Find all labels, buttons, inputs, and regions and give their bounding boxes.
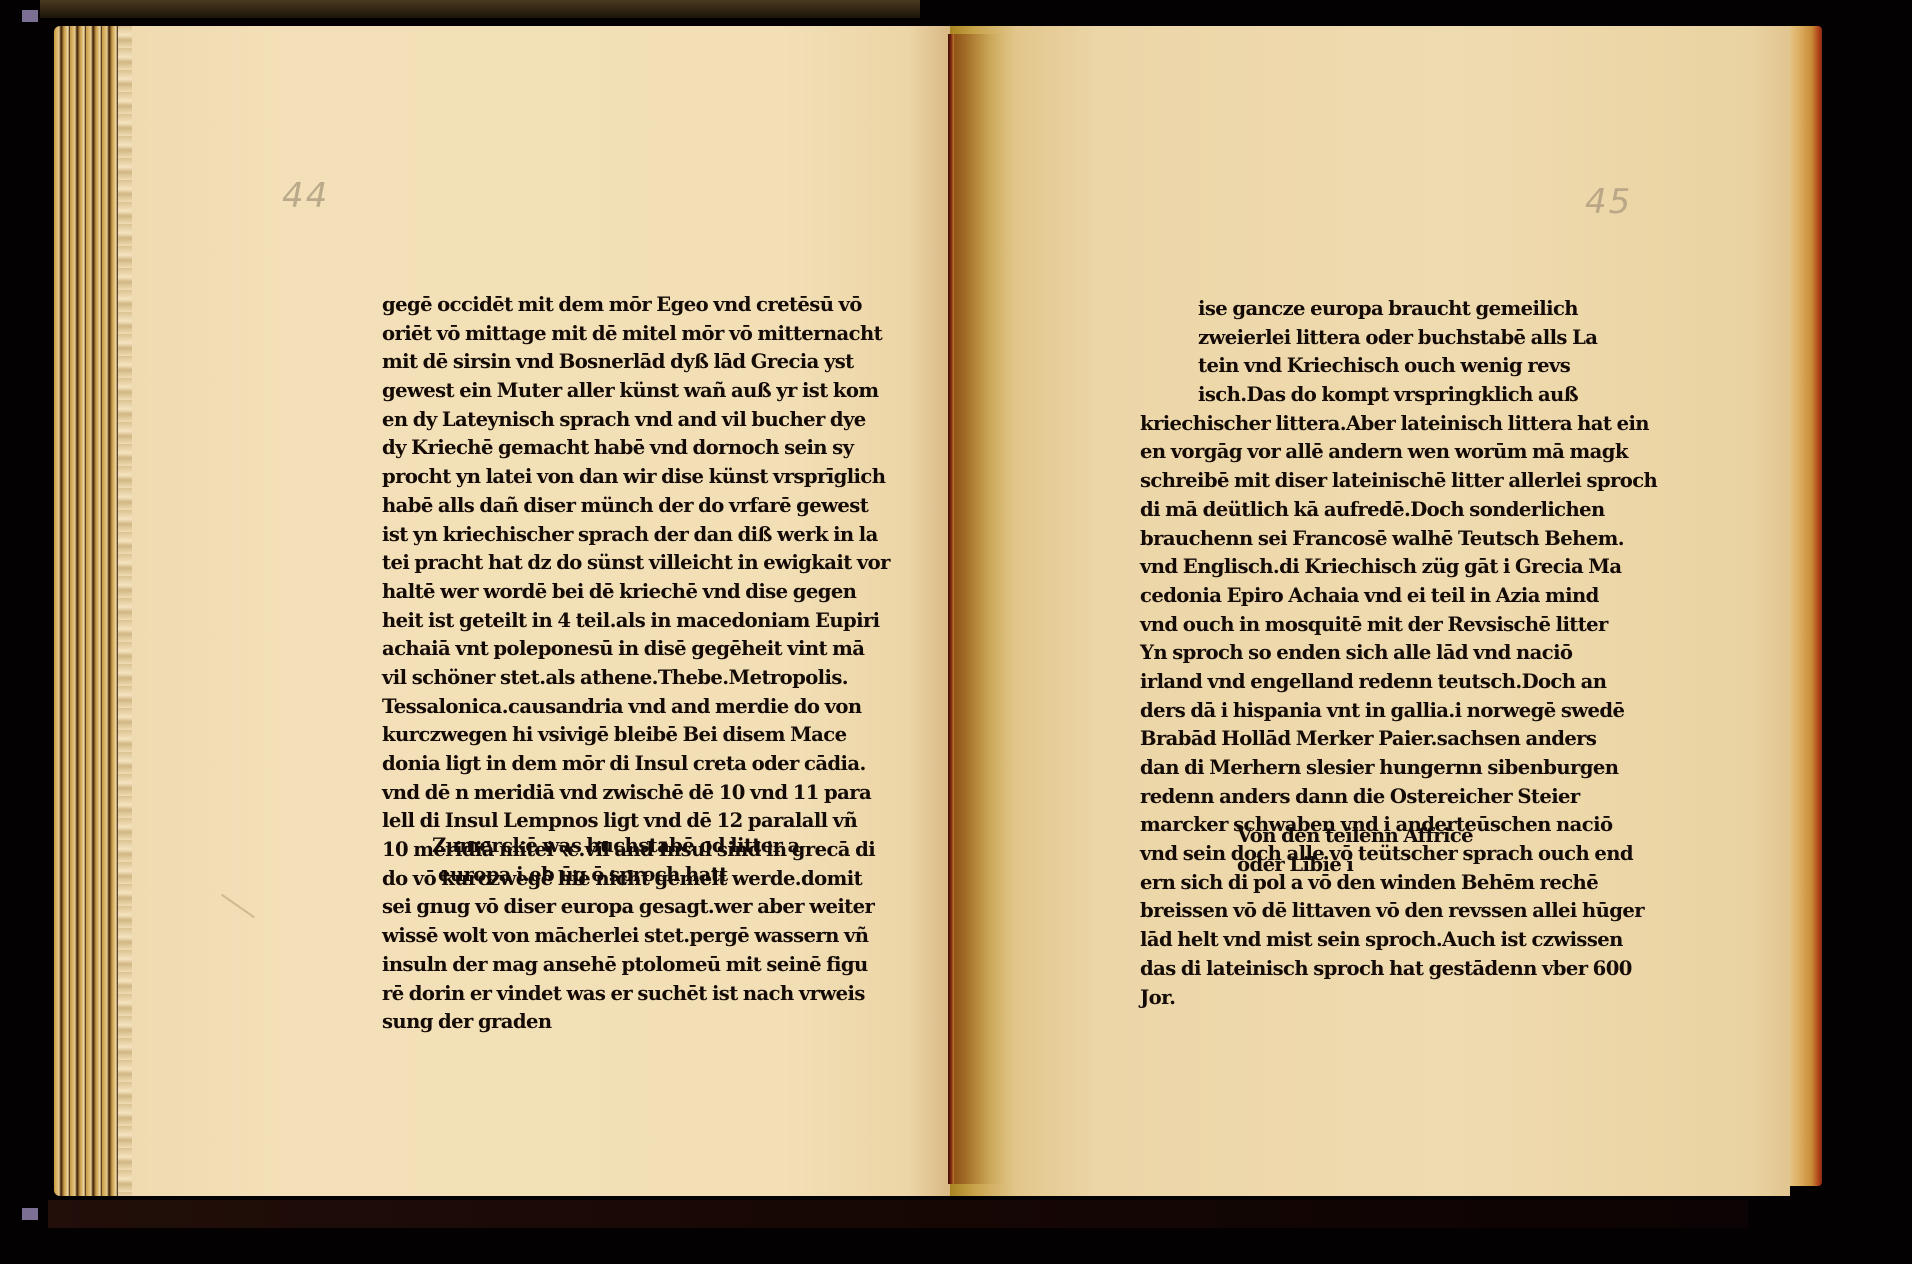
text-line: Tessalonica.causandria vnd and merdie do… — [382, 693, 792, 722]
text-line: di mā deütlich kā aufredē.Doch sonderlic… — [1140, 496, 1550, 525]
text-line: Brabād Hollād Merker Paier.sachsen ander… — [1140, 725, 1550, 754]
left-page-deckle-edge — [118, 26, 132, 1196]
text-line: Yn sproch so enden sich alle lād vnd nac… — [1140, 639, 1550, 668]
text-line: brauchenn sei Francosē walhē Teutsch Beh… — [1140, 525, 1550, 554]
text-line: oriēt vō mittage mit dē mitel mōr vō mit… — [382, 320, 792, 349]
text-line: achaiā vnt poleponesū in disē gegēheit v… — [382, 635, 792, 664]
text-line: ise gancze europa braucht gemeilich — [1140, 295, 1550, 324]
left-page-number: 44 — [282, 176, 329, 216]
text-line: mit dē sirsin vnd Bosnerlād dyß lād Grec… — [382, 348, 792, 377]
book-cover-top-edge — [40, 0, 920, 18]
text-line: gewest ein Muter aller künst wañ auß yr … — [382, 377, 792, 406]
text-line: procht yn latei von dan wir dise künst v… — [382, 463, 792, 492]
text-line: dan di Merhern slesier hungernn sibenbur… — [1140, 754, 1550, 783]
right-page-stack-edge — [1788, 26, 1822, 1186]
text-line: isch.Das do kompt vrspringklich auß — [1140, 381, 1550, 410]
text-line: dy Kriechē gemacht habē vnd dornoch sein… — [382, 434, 792, 463]
text-line: kurczwegen hi vsivigē bleibē Bei disem M… — [382, 721, 792, 750]
text-line: redenn anders dann die Ostereicher Steie… — [1140, 783, 1550, 812]
text-line: vnd dē n meridiā vnd zwischē dē 10 vnd 1… — [382, 779, 792, 808]
text-line: heit ist geteilt in 4 teil.als in macedo… — [382, 607, 792, 636]
left-page-text-block: gegē occidēt mit dem mōr Egeo vnd cretēs… — [382, 291, 792, 1037]
text-line: Jor. — [1140, 984, 1550, 1013]
text-line: tein vnd Kriechisch ouch wenig revs — [1140, 352, 1550, 381]
text-line: wissē wolt von mācherlei stet.pergē wass… — [382, 922, 792, 951]
text-line: rē dorin er vindet was er suchēt ist nac… — [382, 980, 792, 1009]
text-line: vil schöner stet.als athene.Thebe.Metrop… — [382, 664, 792, 693]
text-line: lād helt vnd mist sein sproch.Auch ist c… — [1140, 926, 1550, 955]
right-page-number: 45 — [1585, 182, 1632, 222]
right-section-heading: Von den teilenn Affrice oder Libie i — [1237, 822, 1473, 879]
text-line: kriechischer littera.Aber lateinisch lit… — [1140, 410, 1550, 439]
gutter-shadow — [954, 34, 1004, 1184]
left-section-heading: Zumerckē was buchstabē od litter a europ… — [432, 832, 800, 889]
text-line: ist yn kriechischer sprach der dan diß w… — [382, 521, 792, 550]
corner-marker — [22, 1208, 38, 1220]
text-line: haltē wer wordē bei dē kriechē vnd dise … — [382, 578, 792, 607]
corner-marker — [22, 10, 38, 22]
text-line: sung der graden — [382, 1008, 792, 1037]
text-line: irland vnd engelland redenn teutsch.Doch… — [1140, 668, 1550, 697]
text-line: cedonia Epiro Achaia vnd ei teil in Azia… — [1140, 582, 1550, 611]
text-line: en dy Lateynisch sprach vnd and vil buch… — [382, 406, 792, 435]
text-line: tei pracht hat dz do sünst villeicht in … — [382, 549, 792, 578]
heading-line: Von den teilenn Affrice — [1237, 822, 1473, 851]
left-page-stack-edge — [54, 26, 120, 1196]
text-line: donia ligt in dem mōr di Insul creta ode… — [382, 750, 792, 779]
text-line: vnd Englisch.di Kriechisch züg gāt i Gre… — [1140, 553, 1550, 582]
text-line: breissen vō dē littaven vō den revssen a… — [1140, 897, 1550, 926]
text-line: insuln der mag ansehē ptolomeū mit seinē… — [382, 951, 792, 980]
text-line: sei gnug vō diser europa gesagt.wer aber… — [382, 893, 792, 922]
text-line: zweierlei littera oder buchstabē alls La — [1140, 324, 1550, 353]
text-line: habē alls dañ diser münch der do vrfarē … — [382, 492, 792, 521]
text-line: gegē occidēt mit dem mōr Egeo vnd cretēs… — [382, 291, 792, 320]
heading-line: europa i.eb ūg ō sproch hatt — [432, 861, 800, 890]
table-surface — [48, 1200, 1748, 1228]
text-line: das di lateinisch sproch hat gestādenn v… — [1140, 955, 1550, 984]
text-line: vnd ouch in mosquitē mit der Revsischē l… — [1140, 611, 1550, 640]
text-line: en vorgāg vor allē andern wen worūm mā m… — [1140, 438, 1550, 467]
heading-line: oder Libie i — [1237, 851, 1473, 880]
text-line: ders dā i hispania vnt in gallia.i norwe… — [1140, 697, 1550, 726]
right-page-text-block: ise gancze europa braucht gemeilich zwei… — [1140, 295, 1550, 1012]
text-line: schreibē mit diser lateinischē litter al… — [1140, 467, 1550, 496]
heading-line: Zumerckē was buchstabē od litter a — [432, 832, 800, 861]
